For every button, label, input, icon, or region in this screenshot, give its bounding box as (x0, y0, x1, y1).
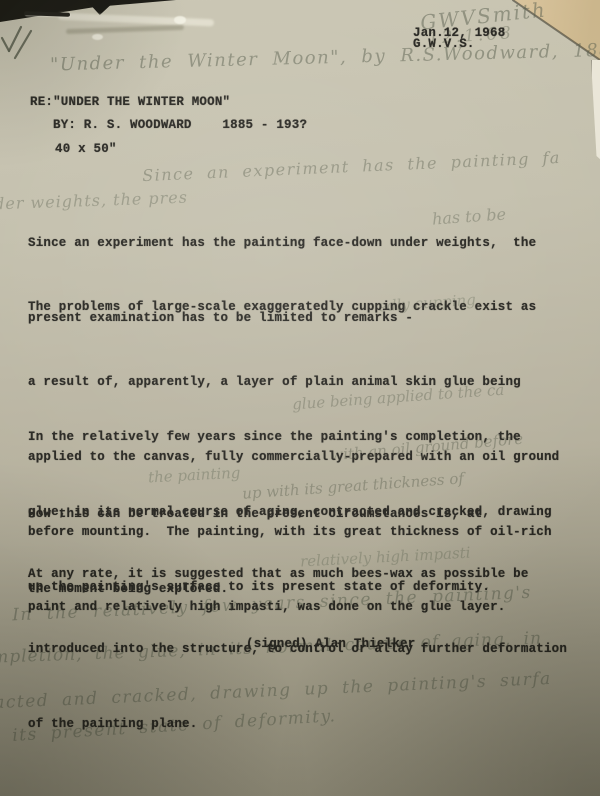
paper-sliver (591, 60, 600, 160)
paper-crinkle-shadow (66, 25, 184, 34)
paragraph-line: of the painting plane. (28, 712, 567, 737)
pencil-checkmark-icon (0, 22, 40, 66)
paper-tear-fleck (174, 16, 186, 24)
paragraph-line: The problems of large-scale exaggeratedl… (28, 295, 559, 320)
handwritten-draft-fragment: Since an experiment has the painting fa (142, 148, 561, 185)
by-line: BY: R. S. WOODWARD 1885 - 193? (53, 113, 307, 138)
re-line: RE:"UNDER THE WINTER MOON" (30, 90, 230, 115)
document-photo: GWVSmith 12.1.68 "Under the Winter Moon"… (0, 0, 600, 796)
signature-line: (signed) Alan Thielker (246, 632, 415, 657)
backing-paper-corner (505, 0, 600, 62)
paragraph-line: At any rate, it is suggested that as muc… (28, 562, 567, 587)
handwritten-title-note: "Under the Winter Moon", by R.S.Woodward… (50, 38, 600, 76)
paper-tear-fleck (92, 34, 103, 40)
paragraph-line: In the relatively few years since the pa… (28, 425, 552, 450)
paper-crinkle-highlight (58, 13, 214, 27)
initials-line: G.W.V.S. (413, 38, 475, 50)
dimensions-line: 40 x 50" (55, 137, 117, 162)
